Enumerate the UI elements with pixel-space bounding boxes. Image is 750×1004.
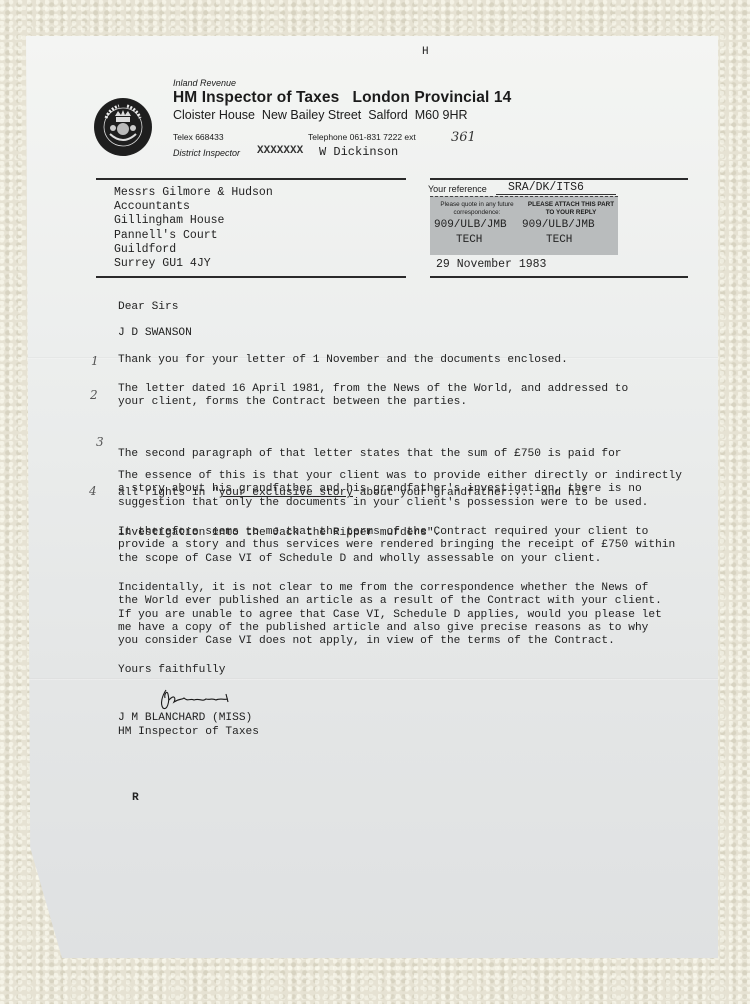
- reference-tear-off-box: Please quote in any future correspondenc…: [430, 196, 618, 255]
- your-reference-value: SRA/DK/ITS6: [508, 181, 584, 194]
- our-reference-2: 909/ULB/JMB: [522, 219, 595, 231]
- letter-paper: H Inland Revenue HM Inspector of Taxes L…: [26, 36, 718, 958]
- your-reference-label: Your reference: [428, 184, 487, 194]
- margin-number-handwritten: 2: [90, 388, 98, 402]
- paragraph-2: The letter dated 16 April 1981, from the…: [118, 383, 628, 410]
- signatory-title: HM Inspector of Taxes: [118, 726, 259, 739]
- paragraph-5: It therefore seems to me that the terms …: [118, 526, 675, 566]
- salutation: Dear Sirs: [118, 301, 178, 314]
- recipient-line: Accountants: [114, 200, 273, 214]
- recipient-line: Surrey GU1 4JY: [114, 257, 273, 271]
- paper-fold-line: [26, 678, 718, 680]
- letterhead-telephone: Telephone 061-831 7222 ext: [308, 132, 416, 142]
- letterhead-department: Inland Revenue: [173, 78, 236, 88]
- letterhead-telex: Telex 668433: [173, 132, 224, 142]
- closing: Yours faithfully: [118, 664, 225, 677]
- footer-mark: R: [132, 792, 139, 805]
- page-mark: H: [422, 46, 429, 58]
- recipient-line: Messrs Gilmore & Hudson: [114, 186, 273, 200]
- letter-date: 29 November 1983: [436, 258, 546, 271]
- district-inspector-name: W Dickinson: [319, 145, 398, 159]
- reference-bottom-rule: [430, 276, 688, 278]
- our-reference-1: 909/ULB/JMB: [434, 219, 507, 231]
- recipient-line: Gillingham House: [114, 214, 273, 228]
- letterhead-address: Cloister House New Bailey Street Salford…: [173, 108, 468, 122]
- attach-part-label: PLEASE ATTACH THIS PART TO YOUR REPLY: [526, 201, 616, 216]
- recipient-address: Messrs Gilmore & Hudson Accountants Gill…: [114, 186, 273, 271]
- subject-heading: J D SWANSON: [118, 327, 192, 340]
- letterhead-title: HM Inspector of Taxes London Provincial …: [173, 89, 511, 107]
- quote-reference-label: Please quote in any future correspondenc…: [434, 201, 520, 216]
- handwritten-signature: [154, 686, 254, 712]
- department-1: TECH: [456, 234, 482, 246]
- paragraph-6: Incidentally, it is not clear to me from…: [118, 582, 662, 648]
- margin-number-handwritten: 3: [96, 435, 104, 449]
- district-inspector-struck-name: XXXXXXX: [257, 145, 303, 157]
- signatory-name: J M BLANCHARD (MISS): [118, 712, 252, 725]
- address-top-rule: [96, 178, 406, 180]
- telephone-extension-handwritten: 361: [451, 130, 476, 145]
- recipient-line: Guildford: [114, 243, 273, 257]
- paragraph-1: Thank you for your letter of 1 November …: [118, 354, 568, 367]
- paragraph-4: The essence of this is that your client …: [118, 470, 682, 510]
- your-reference-underline: [496, 194, 616, 195]
- reference-top-rule: [430, 178, 688, 180]
- paragraph-3-line-1: The second paragraph of that letter stat…: [118, 448, 622, 461]
- address-bottom-rule: [96, 276, 406, 278]
- recipient-line: Pannell's Court: [114, 229, 273, 243]
- margin-number-handwritten: 1: [91, 354, 99, 368]
- district-inspector-label: District Inspector: [173, 148, 240, 158]
- department-2: TECH: [546, 234, 572, 246]
- inland-revenue-crest-icon: [94, 98, 152, 156]
- margin-number-handwritten: 4: [89, 484, 97, 498]
